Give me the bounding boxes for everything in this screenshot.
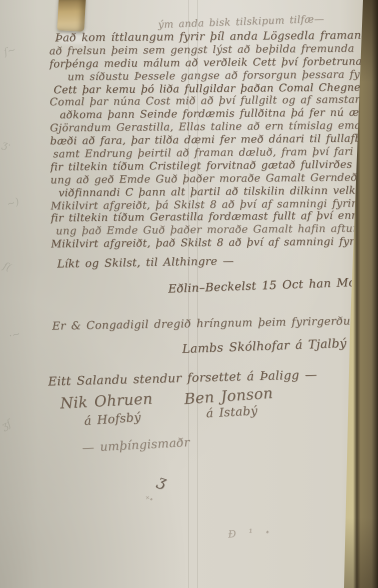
third-paragraph-line: Eitt Salandu stendur forsettet á Þaligg …	[48, 367, 317, 388]
second-paragraph-line: Er & Congadigil dregið hríngnum þeim fyr…	[52, 314, 356, 332]
manuscript-page: ým anda bisk tilskipum tilfæ— Það kom ít…	[0, 0, 378, 588]
faint-header-line: ým anda bisk tilskipum tilfæ—	[158, 14, 325, 31]
signature-left-name: Nik Ohruen	[60, 390, 154, 413]
witness-line: — umþíngismaðr	[82, 435, 190, 455]
margin-bleed-mark: ʒ·	[1, 139, 12, 151]
paper-tab	[57, 0, 86, 32]
manuscript-line: Mikilvirt afgreiðt, það Skilst 8 að því …	[51, 236, 371, 252]
closing-line: Líkt og Skilst, til Althingre —	[57, 254, 234, 270]
ink-squiggle-mark: ʒ	[155, 471, 169, 491]
margin-bleed-mark: ſ~	[3, 45, 18, 59]
signature-right-title: á Istabý	[206, 404, 258, 421]
faint-ink-dots: ˟˖	[145, 494, 154, 506]
margin-bleed-mark: ~)	[6, 197, 21, 211]
margin-bleed-mark: ſ(	[1, 261, 12, 274]
margin-bleed-mark: ·~	[8, 329, 22, 343]
signature-left-title: á Hofsbý	[84, 410, 142, 428]
scanned-page: ſʒ ým anda bisk tilskipum tilfæ— Það kom…	[0, 0, 378, 588]
place-date-line: Lambs Skólhofar á Tjalbý	[182, 336, 347, 356]
manuscript-paragraph: Það kom íttlaungum fyrir þíl anda Lögsed…	[49, 30, 371, 252]
attestation-line: Eðlin–Beckelst 15 Oct han Moller	[168, 274, 376, 295]
margin-bleed-mark: ʒſ	[0, 418, 13, 432]
bottom-right-faint-marks: Ð ¹ ˖	[228, 526, 274, 540]
